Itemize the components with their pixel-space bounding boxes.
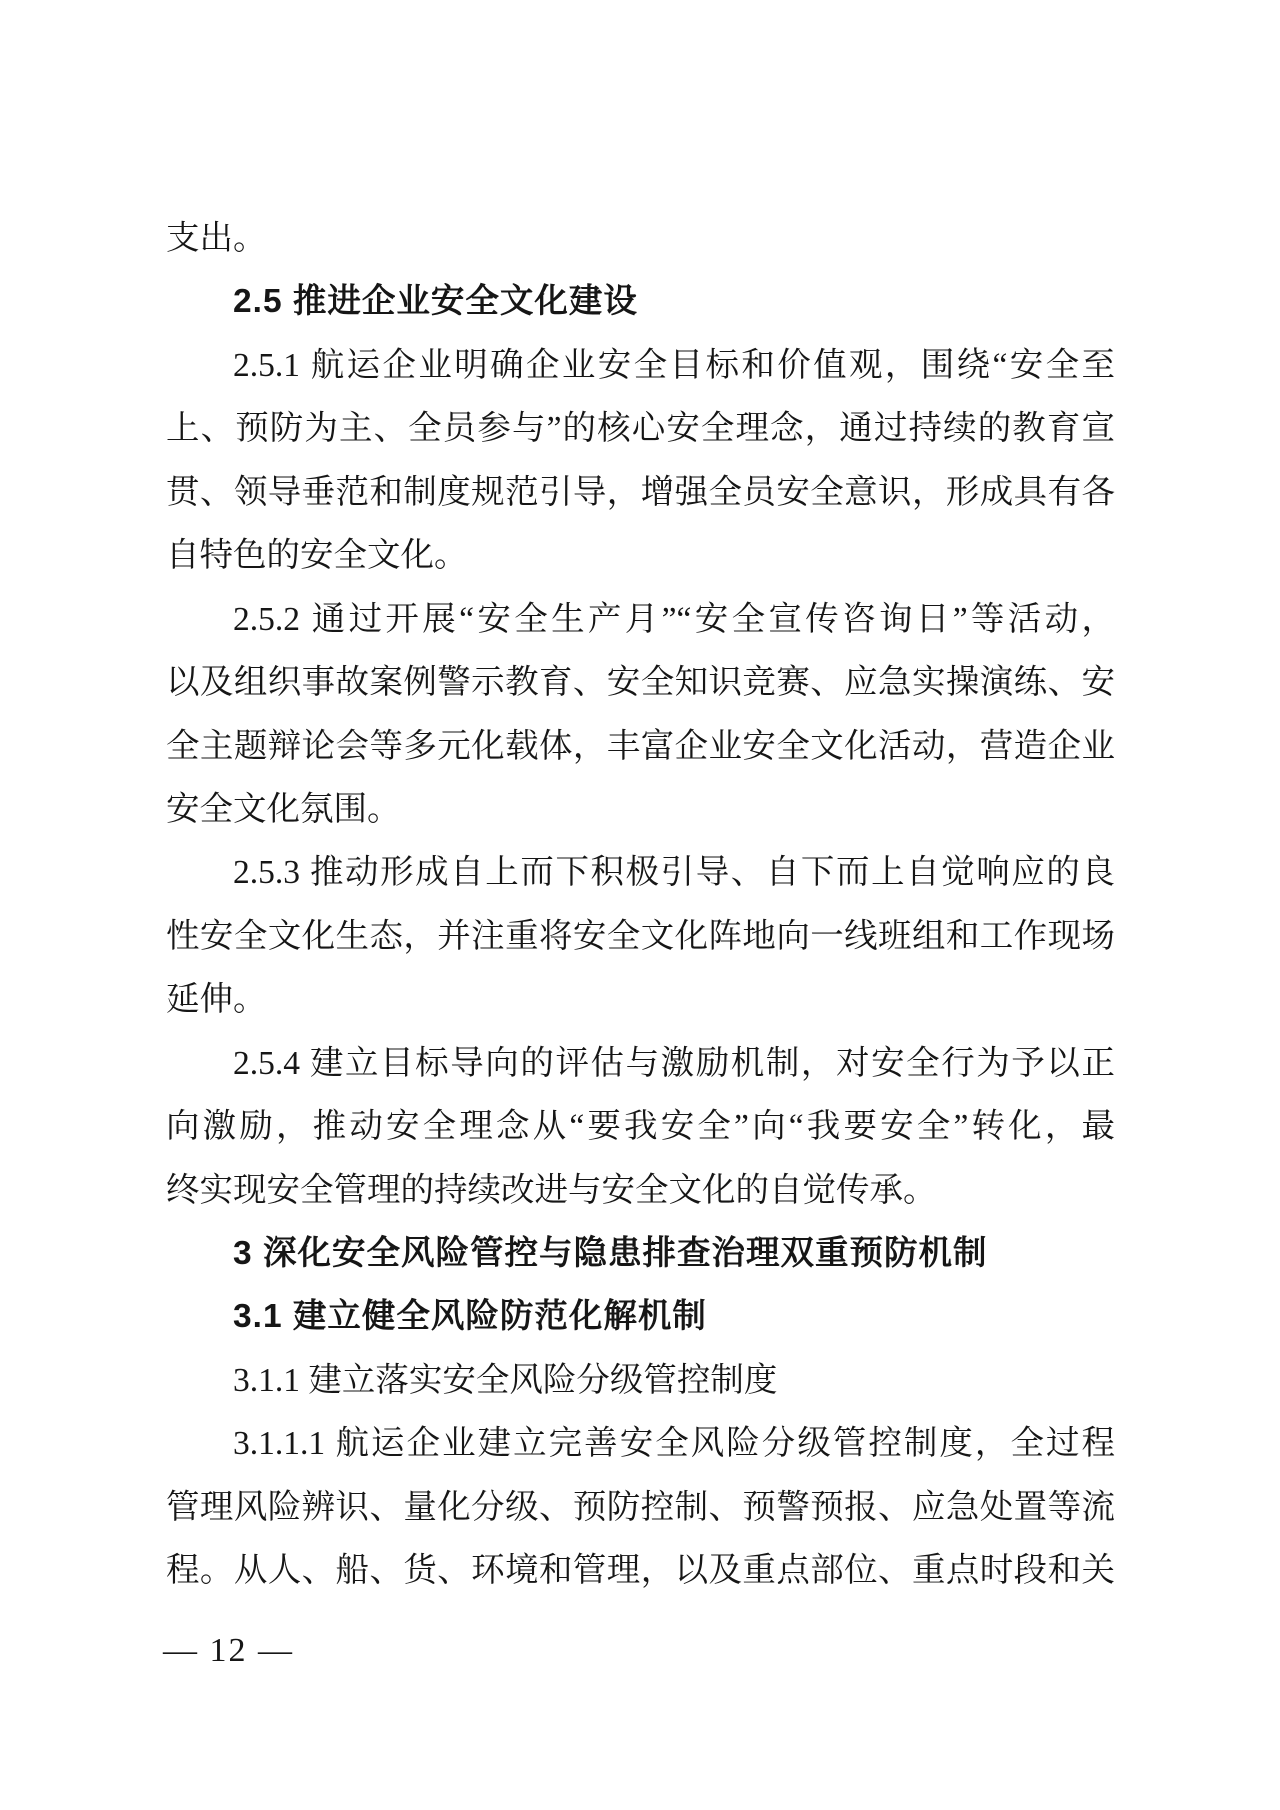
text-line: 2.5.4 建立目标导向的评估与激励机制，对安全行为予以正	[166, 1032, 1115, 1095]
document-body: 支出。2.5 推进企业安全文化建设2.5.1 航运企业明确企业安全目标和价值观，…	[166, 207, 1115, 1603]
text-line: 3.1.1.1 航运企业建立完善安全风险分级管控制度，全过程	[166, 1412, 1115, 1475]
text-line: 贯、领导垂范和制度规范引导，增强全员安全意识，形成具有各	[166, 461, 1115, 524]
text-line: 终实现安全管理的持续改进与安全文化的自觉传承。	[166, 1159, 1115, 1222]
text-line: 以及组织事故案例警示教育、安全知识竞赛、应急实操演练、安	[166, 651, 1115, 714]
text-line: 程。从人、船、货、环境和管理，以及重点部位、重点时段和关	[166, 1539, 1115, 1602]
text-line: 3.1.1 建立落实安全风险分级管控制度	[166, 1349, 1115, 1412]
text-line: 延伸。	[166, 968, 1115, 1031]
text-line: 上、预防为主、全员参与”的核心安全理念，通过持续的教育宣	[166, 397, 1115, 460]
heading-line: 3.1 建立健全风险防范化解机制	[166, 1285, 1115, 1348]
text-line: 2.5.3 推动形成自上而下积极引导、自下而上自觉响应的良	[166, 841, 1115, 904]
text-line: 全主题辩论会等多元化载体，丰富企业安全文化活动，营造企业	[166, 715, 1115, 778]
text-line: 向激励，推动安全理念从“要我安全”向“我要安全”转化，最	[166, 1095, 1115, 1158]
text-line: 性安全文化生态，并注重将安全文化阵地向一线班组和工作现场	[166, 905, 1115, 968]
heading-line: 3 深化安全风险管控与隐患排查治理双重预防机制	[166, 1222, 1115, 1285]
document-page: 支出。2.5 推进企业安全文化建设2.5.1 航运企业明确企业安全目标和价值观，…	[0, 0, 1280, 1810]
text-line: 自特色的安全文化。	[166, 524, 1115, 587]
text-line: 管理风险辨识、量化分级、预防控制、预警预报、应急处置等流	[166, 1476, 1115, 1539]
text-line: 安全文化氛围。	[166, 778, 1115, 841]
page-number: — 12 —	[163, 1632, 294, 1669]
text-line: 2.5.1 航运企业明确企业安全目标和价值观，围绕“安全至	[166, 334, 1115, 397]
text-line: 支出。	[166, 207, 1115, 270]
page-footer: — 12 —	[163, 1629, 294, 1673]
text-line: 2.5.2 通过开展“安全生产月”“安全宣传咨询日”等活动，	[166, 588, 1115, 651]
heading-line: 2.5 推进企业安全文化建设	[166, 270, 1115, 333]
